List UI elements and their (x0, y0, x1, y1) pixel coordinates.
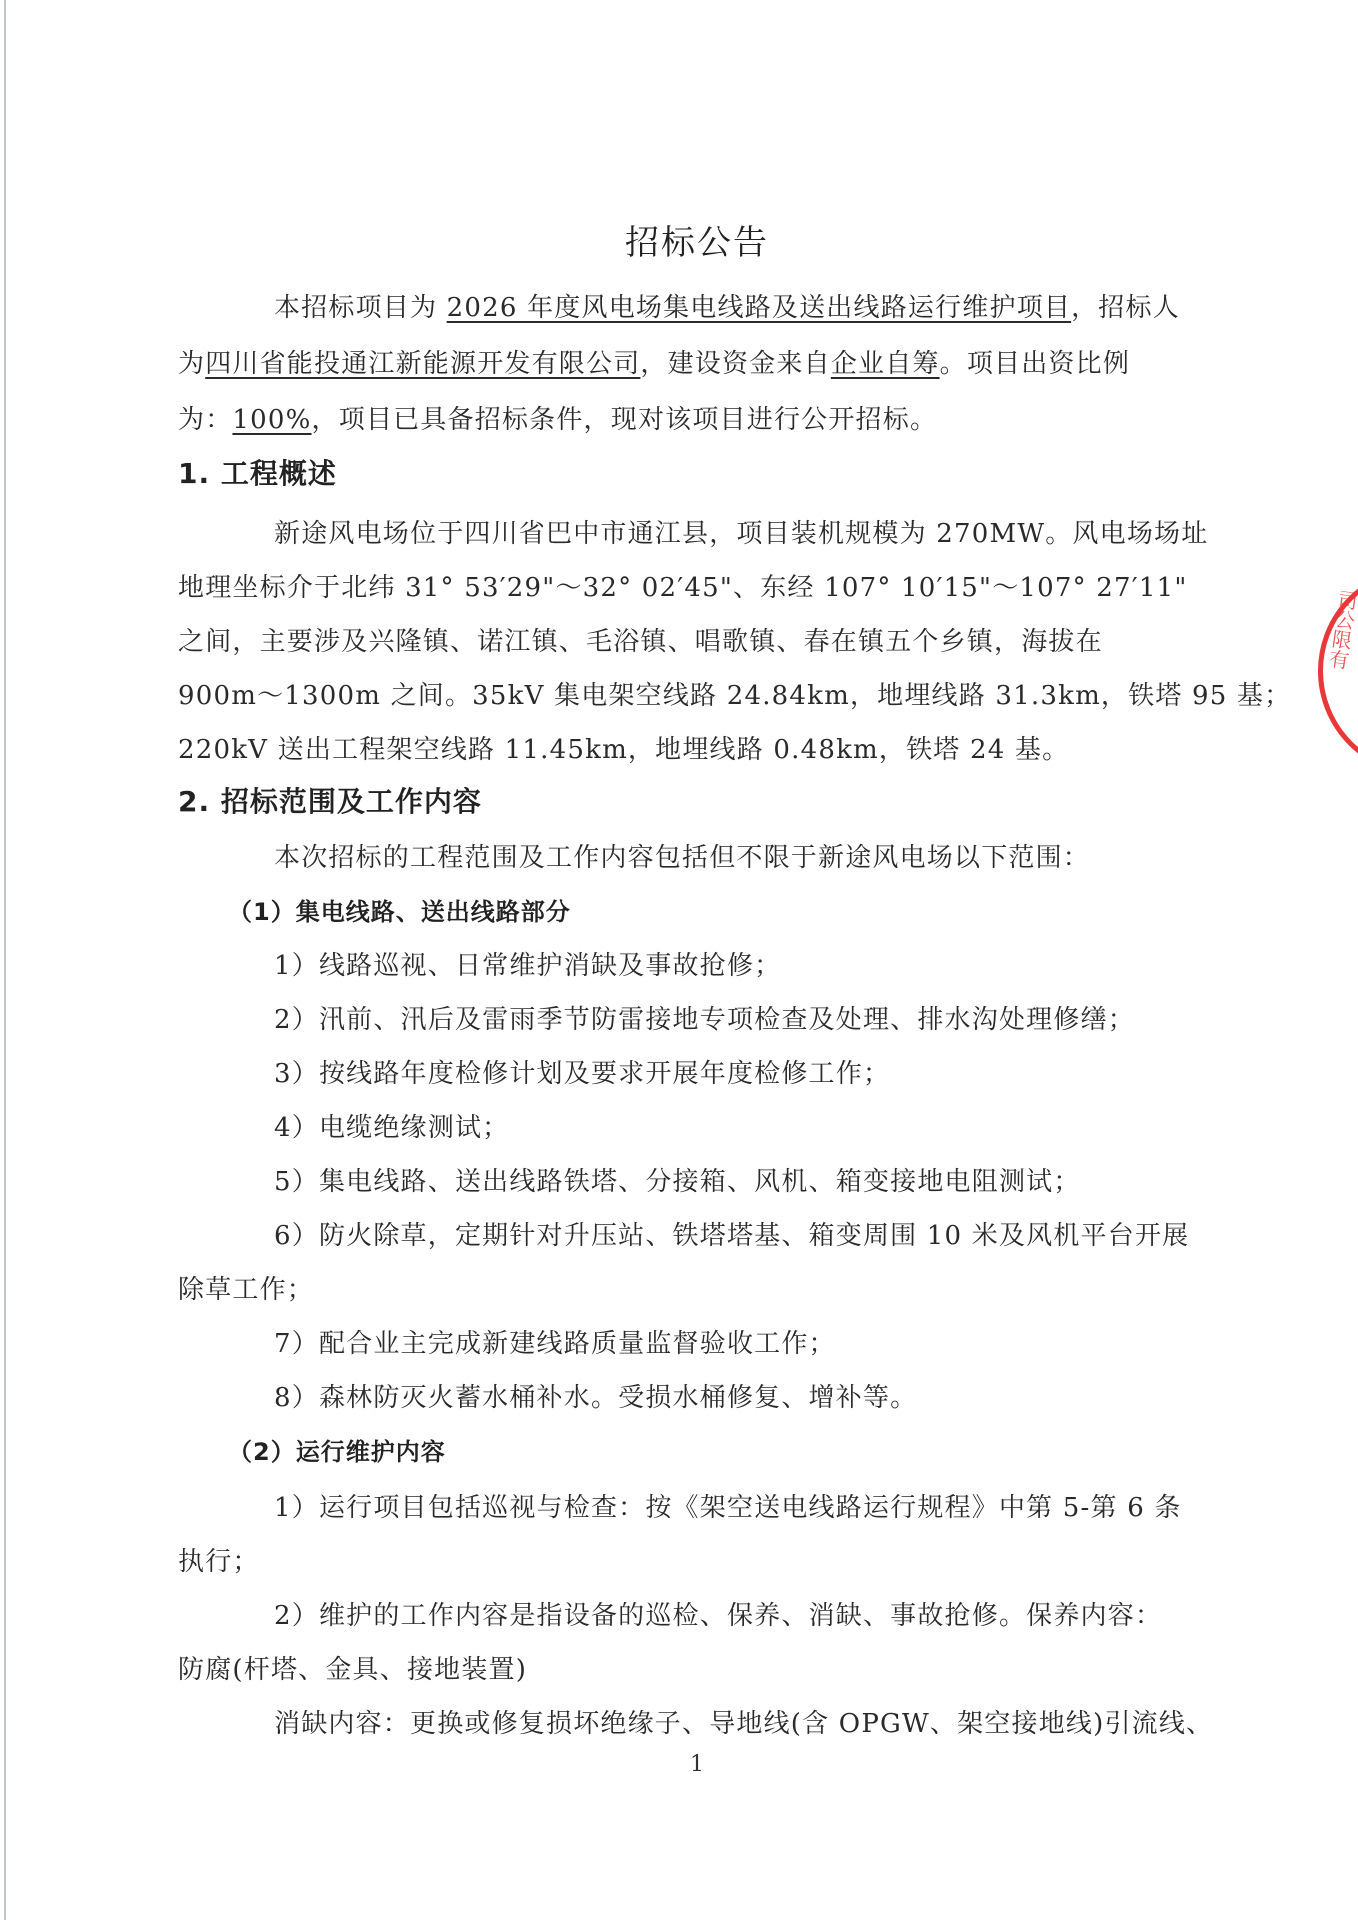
fund-source: 企业自筹 (831, 349, 940, 379)
page-number: 1 (222, 1752, 1172, 1777)
intro-text: 本招标项目为 (274, 293, 437, 323)
scope-item-continuation: 除草工作； (178, 1272, 314, 1308)
company-seal-text: 司公限有 (1327, 588, 1358, 671)
intro-text: 。项目出资比例 (940, 349, 1130, 379)
document-title: 招标公告 (222, 215, 1172, 264)
maintenance-item-continuation: 执行； (178, 1544, 260, 1580)
scope-item: 6）防火除草，定期针对升压站、铁塔塔基、箱变周围 10 米及风机平台开展 (274, 1218, 1189, 1254)
intro-line-3: 为：100%，项目已具备招标条件，现对该项目进行公开招标。 (178, 402, 937, 438)
section-1-line: 新途风电场位于四川省巴中市通江县，项目装机规模为 270MW。风电场场址 (274, 516, 1208, 552)
scope-item: 3）按线路年度检修计划及要求开展年度检修工作； (274, 1056, 890, 1092)
section-1-line: 地理坐标介于北纬 31° 53′29"～32° 02′45"、东经 107° 1… (178, 570, 1188, 606)
intro-text: 为： (178, 405, 232, 435)
subsection-1-heading: （1）集电线路、送出线路部分 (228, 894, 571, 930)
intro-text: ，招标人 (1071, 293, 1180, 323)
intro-text: ，项目已具备招标条件，现对该项目进行公开招标。 (312, 405, 938, 435)
intro-line-1: 本招标项目为 2026 年度风电场集电线路及送出线路运行维护项目，招标人 (274, 290, 1180, 326)
section-1-line: 900m～1300m 之间。35kV 集电架空线路 24.84km，地埋线路 3… (178, 678, 1291, 714)
section-1-line: 之间，主要涉及兴隆镇、诺江镇、毛浴镇、唱歌镇、春在镇五个乡镇，海拔在 (178, 624, 1103, 660)
scope-item: 7）配合业主完成新建线路质量监督验收工作； (274, 1326, 836, 1362)
scope-item: 4）电缆绝缘测试； (274, 1110, 509, 1146)
intro-line-2: 为四川省能投通江新能源开发有限公司，建设资金来自企业自筹。项目出资比例 (178, 346, 1130, 382)
scan-edge-line (4, 0, 6, 1920)
scope-item: 8）森林防灭火蓄水桶补水。受损水桶修复、增补等。 (274, 1380, 917, 1416)
funding-ratio: 100% (232, 405, 311, 435)
section-2-heading: 2. 招标范围及工作内容 (178, 784, 482, 820)
maintenance-item-continuation: 防腐(杆塔、金具、接地装置) (178, 1652, 527, 1688)
scope-item: 1）线路巡视、日常维护消缺及事故抢修； (274, 948, 781, 984)
section-2-intro: 本次招标的工程范围及工作内容包括但不限于新途风电场以下范围： (274, 840, 1090, 876)
maintenance-item: 1）运行项目包括巡视与检查：按《架空送电线路运行规程》中第 5-第 6 条 (274, 1490, 1182, 1526)
scope-item: 5）集电线路、送出线路铁塔、分接箱、风机、箱变接地电阻测试； (274, 1164, 1081, 1200)
section-1-line: 220kV 送出工程架空线路 11.45km，地埋线路 0.48km，铁塔 24… (178, 732, 1069, 768)
scope-item: 2）汛前、汛后及雷雨季节防雷接地专项检查及处理、排水沟处理修缮； (274, 1002, 1135, 1038)
subsection-2-heading: （2）运行维护内容 (228, 1434, 446, 1470)
maintenance-item: 2）维护的工作内容是指设备的巡检、保养、消缺、事故抢修。保养内容： (274, 1598, 1162, 1634)
intro-text: ，建设资金来自 (640, 349, 830, 379)
maintenance-item: 消缺内容：更换或修复损坏绝缘子、导地线(含 OPGW、架空接地线)引流线、 (274, 1706, 1213, 1742)
intro-text: 为 (178, 349, 205, 379)
section-1-heading: 1. 工程概述 (178, 456, 337, 492)
project-name: 2026 年度风电场集电线路及送出线路运行维护项目 (447, 293, 1071, 323)
tenderer-name: 四川省能投通江新能源开发有限公司 (205, 349, 640, 379)
